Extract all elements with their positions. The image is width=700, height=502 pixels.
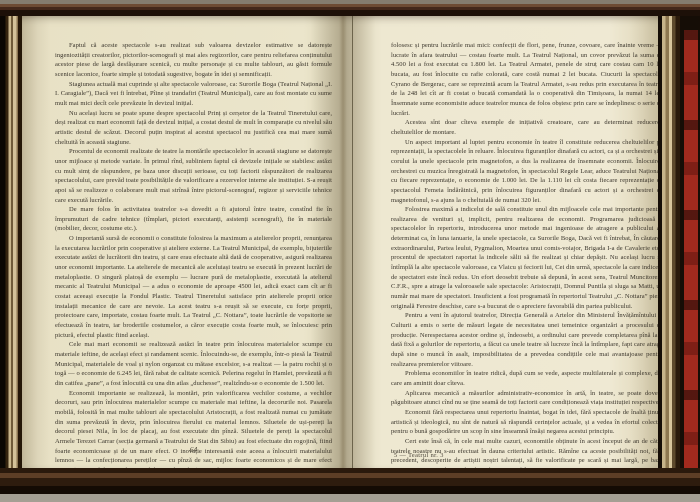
book-top-cover-edge xyxy=(0,0,700,16)
body-paragraph: Aplicarea mecanică a măsurilor administr… xyxy=(391,389,663,408)
body-paragraph: Procentul de economii realizate de teatr… xyxy=(55,147,332,205)
left-page: Faptul că aceste spectacole s-au realiza… xyxy=(18,14,352,476)
book-scan: Faptul că aceste spectacole s-au realiza… xyxy=(0,0,700,502)
body-paragraph: Un aspect important al luptei pentru eco… xyxy=(391,138,663,206)
body-paragraph: Stagiunea actuală mai cuprinde și alte s… xyxy=(55,80,332,109)
body-paragraph: Pentru a veni în ajutorul teatrelor, Dir… xyxy=(391,311,663,369)
body-paragraph: Economii fără respectarea unui repertori… xyxy=(391,408,663,437)
signature-mark: 5 — Teatrul nr. 3 xyxy=(394,452,444,459)
body-paragraph: O importantă sursă de economii o constit… xyxy=(55,234,332,340)
left-page-text: Faptul că aceste spectacole s-au realiza… xyxy=(55,41,332,476)
page-spread: Faptul că aceste spectacole s-au realiza… xyxy=(18,14,668,476)
page-edges-left xyxy=(0,10,22,494)
page-number: 64 xyxy=(55,445,332,454)
book-bottom-cover-edge xyxy=(0,468,700,494)
body-paragraph: Cele mai mari economii se realizează ast… xyxy=(55,340,332,388)
body-paragraph: Faptul că aceste spectacole s-au realiza… xyxy=(55,41,332,80)
body-paragraph: folosesc și pentru lucrările mai mici: c… xyxy=(391,41,663,118)
body-paragraph: Nu același lucru se poate spune despre s… xyxy=(55,109,332,148)
right-page-text: folosesc și pentru lucrările mai mici: c… xyxy=(391,41,663,476)
page-edges-right xyxy=(662,14,680,486)
red-cover-edge xyxy=(684,30,698,480)
body-paragraph: Problema economiilor în teatre ridică, d… xyxy=(391,369,663,388)
body-paragraph: Acestea sînt doar cîteva exemple de iniț… xyxy=(391,118,663,137)
body-paragraph: Economii importante se realizează, la mo… xyxy=(55,389,332,476)
right-page: folosesc și pentru lucrările mai mici: c… xyxy=(352,14,668,476)
body-paragraph: Folosirea maximă a indicelui de sală con… xyxy=(391,205,663,311)
body-paragraph: De mare folos în activitatea teatrelor s… xyxy=(55,205,332,234)
background-bottom-edge xyxy=(0,494,700,502)
